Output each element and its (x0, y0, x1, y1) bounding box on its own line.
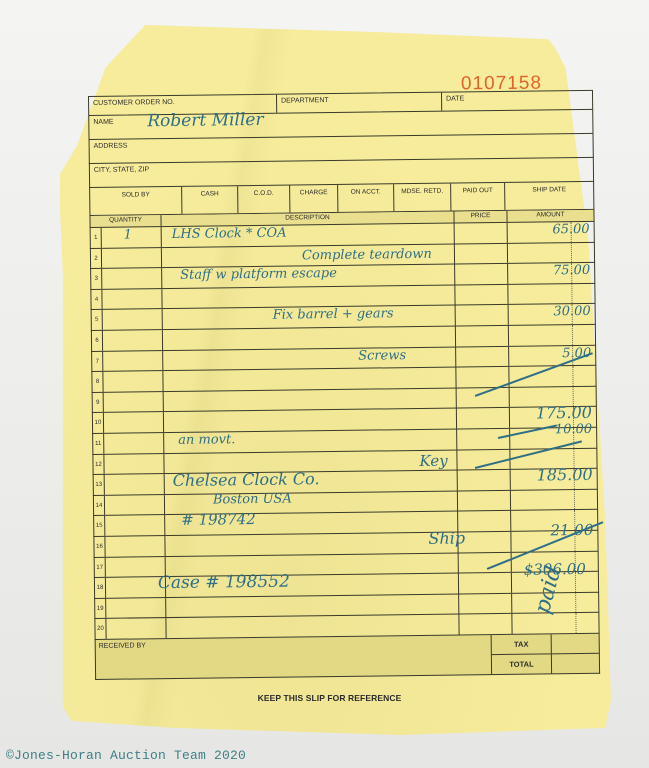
description-value: Screws (358, 348, 406, 364)
department-field: DEPARTMENT (277, 93, 442, 113)
charge-cell: CHARGE (290, 185, 338, 213)
paid-out-cell: PAID OUT (451, 183, 505, 211)
address-label: ADDRESS (90, 139, 132, 163)
department-label: DEPARTMENT (281, 97, 329, 105)
keep-slip-note: KEEP THIS SLIP FOR REFERENCE (0, 693, 649, 703)
amount-value: 21.00 (550, 521, 593, 540)
price-note: Key (419, 451, 447, 469)
cash-cell: CASH (182, 186, 238, 214)
price-note: Ship (428, 528, 465, 547)
tax-label: TAX (492, 634, 551, 655)
description-value: Complete teardown (302, 246, 432, 263)
description-value: an movt. (178, 432, 235, 448)
on-account-cell: ON ACCT. (338, 184, 394, 212)
amount-value: 185.00 (537, 465, 593, 485)
description-value: Boston USA (213, 491, 292, 507)
amount-value: 175.00 (536, 403, 592, 423)
description-value: # 198742 (181, 510, 256, 529)
name-value: Robert Miller (147, 110, 263, 131)
price-header: PRICE (454, 211, 507, 223)
tax-value (552, 634, 599, 655)
copyright-watermark: ©Jones-Horan Auction Team 2020 (6, 748, 246, 763)
ship-date-cell: SHIP DATE (505, 182, 593, 210)
cod-cell: C.O.D. (238, 186, 290, 214)
amount-header: AMOUNT (507, 210, 593, 222)
date-label: DATE (446, 95, 464, 102)
merchandise-returned-cell: MDSE. RETD. (394, 184, 451, 212)
description-value: Fix barrel + gears (273, 307, 394, 323)
sold-by-cell: SOLD BY (90, 187, 182, 215)
customer-order-label: CUSTOMER ORDER NO. (93, 99, 175, 107)
total-label: TOTAL (492, 654, 551, 674)
received-by-label: RECEIVED BY (99, 642, 146, 650)
date-field: DATE (442, 91, 592, 111)
description-value: Staff w platform escape (180, 266, 337, 283)
slip-footer: RECEIVED BY TAX TOTAL (95, 634, 600, 680)
city-state-zip-label: CITY, STATE, ZIP (90, 163, 154, 187)
name-label: NAME (89, 116, 118, 139)
description-value: LHS Clock * COA (172, 226, 287, 242)
received-by-field: RECEIVED BY (96, 635, 492, 679)
quantity-header: QUANTITY (90, 215, 161, 227)
description-value: Case # 198552 (158, 572, 290, 594)
total-value (552, 654, 599, 674)
description-value: Chelsea Clock Co. (173, 469, 320, 490)
quantity-value: 1 (124, 227, 132, 242)
sales-slip-form: CUSTOMER ORDER NO. DEPARTMENT DATE NAME … (88, 90, 600, 680)
